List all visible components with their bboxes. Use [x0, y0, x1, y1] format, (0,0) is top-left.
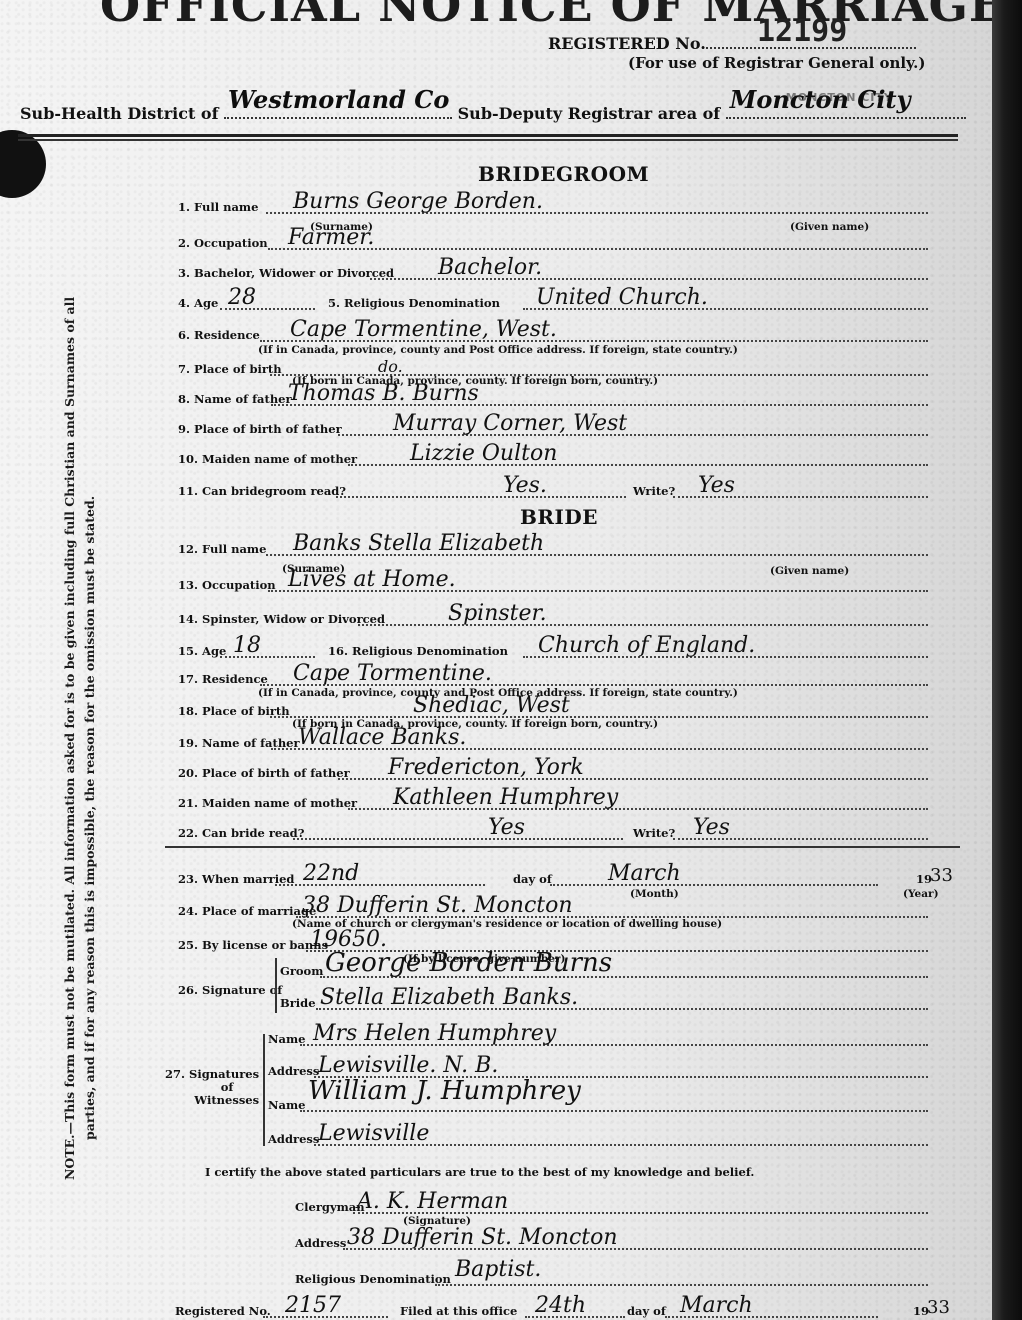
field-when-married: 23. When married 22nd day of March 19 33: [178, 862, 928, 888]
field-groom-literacy: 11. Can bridegroom read? Yes. Write? Yes: [178, 474, 928, 500]
groom-can-write: Yes: [698, 473, 735, 498]
scan-edge: [992, 0, 1022, 1320]
field-place-of-marriage: 24. Place of marriage 38 Dufferin St. Mo…: [178, 894, 928, 920]
field-groom-occupation: 2. Occupation Farmer.: [178, 226, 928, 252]
witness2-address: Lewisville: [318, 1121, 429, 1146]
sub-deputy-label: Sub-Deputy Registrar area of: [458, 104, 721, 123]
groom-full-name: Burns George Borden.: [293, 189, 543, 214]
bride-can-read: Yes: [488, 815, 525, 840]
field-bride-birthplace: 18. Place of birth Shediac, West: [178, 694, 928, 720]
witness-bracket: [263, 1034, 265, 1146]
field-clergyman-denomination: Religious Denomination Baptist.: [295, 1262, 928, 1288]
footer-registration: Registered No. 2157 Filed at this office…: [175, 1294, 928, 1320]
bride-religion: Church of England.: [538, 633, 755, 658]
field-groom-residence: 6. Residence Cape Tormentine, West.: [178, 318, 928, 344]
bride-can-write: Yes: [693, 815, 730, 840]
groom-religion: United Church.: [536, 285, 708, 310]
field-groom-father-birthplace: 9. Place of birth of father Murray Corne…: [178, 412, 928, 438]
registered-no-label: REGISTERED No.: [548, 33, 916, 53]
signature-bracket: [275, 958, 277, 1013]
witness1-address: Lewisville. N. B.: [318, 1053, 498, 1078]
field-groom-mother: 10. Maiden name of mother Lizzie Oulton: [178, 442, 928, 468]
bride-signature: Stella Elizabeth Banks.: [320, 985, 578, 1010]
registered-number: 12199: [757, 14, 847, 49]
bride-residence: Cape Tormentine.: [293, 661, 492, 686]
bride-divider: [165, 846, 960, 848]
field-groom-signature: Groom George Borden Burns: [280, 954, 928, 980]
filed-year: 33: [927, 1297, 950, 1318]
marriage-day: 22nd: [303, 861, 359, 886]
district-line: Sub-Health District of Westmorland Co Su…: [20, 103, 966, 123]
field-bride-occupation: 13. Occupation Lives at Home.: [178, 568, 928, 594]
field-bride-residence: 17. Residence Cape Tormentine.: [178, 662, 928, 688]
marriage-notice-page: OFFICIAL NOTICE OF MARRIAGE REGISTERED N…: [0, 0, 992, 1320]
certification-statement: I certify the above stated particulars a…: [205, 1165, 754, 1179]
field-bride-full-name: 12. Full name Banks Stella Elizabeth: [178, 532, 928, 558]
form-title: OFFICIAL NOTICE OF MARRIAGE: [100, 0, 1000, 32]
bride-heading: BRIDE: [520, 505, 598, 529]
bride-occupation: Lives at Home.: [288, 567, 456, 592]
witness1-name: Mrs Helen Humphrey: [313, 1021, 556, 1046]
field-groom-age-religion: 4. Age 28 5. Religious Denomination Unit…: [178, 286, 928, 312]
marriage-month: March: [608, 861, 681, 886]
sub-health-value: Westmorland Co: [228, 85, 449, 114]
groom-age: 28: [228, 285, 256, 310]
sub-health-field: Westmorland Co: [224, 103, 452, 119]
filed-day: 24th: [535, 1293, 586, 1318]
field-witness2-address: Address Lewisville: [268, 1122, 928, 1148]
bride-status: Spinster.: [448, 601, 547, 626]
groom-birthplace: do.: [378, 357, 403, 376]
bride-father-name: Wallace Banks.: [298, 725, 466, 750]
registrar-note: (For use of Registrar General only.): [628, 54, 925, 72]
sub-deputy-field: MONCTON CITY Moncton City: [726, 103, 966, 119]
field-bride-father-birthplace: 20. Place of birth of father Fredericton…: [178, 756, 928, 782]
field-bride-status: 14. Spinster, Widow or Divorced Spinster…: [178, 602, 928, 628]
groom-status: Bachelor.: [438, 255, 542, 280]
clergyman-denomination: Baptist.: [455, 1257, 541, 1282]
field-bride-father: 19. Name of father Wallace Banks.: [178, 726, 928, 752]
groom-father-birthplace: Murray Corner, West: [393, 411, 627, 436]
bride-mother-maiden-name: Kathleen Humphrey: [393, 785, 618, 810]
field-bride-age-religion: 15. Age 18 16. Religious Denomination Ch…: [178, 634, 928, 660]
sub-health-label: Sub-Health District of: [20, 104, 218, 123]
bride-father-birthplace: Fredericton, York: [388, 755, 584, 780]
field-witness2-name: Name William J. Humphrey: [268, 1088, 928, 1114]
groom-mother-maiden-name: Lizzie Oulton: [410, 441, 557, 466]
field-clergyman-address: Address 38 Dufferin St. Moncton: [295, 1226, 928, 1252]
field-bride-mother: 21. Maiden name of mother Kathleen Humph…: [178, 786, 928, 812]
groom-father-name: Thomas B. Burns: [288, 381, 479, 406]
groom-occupation: Farmer.: [288, 225, 374, 250]
groom-can-read: Yes.: [503, 473, 547, 498]
marriage-year: 33: [930, 865, 953, 886]
clergyman-signature: A. K. Herman: [357, 1189, 508, 1214]
field-bride-literacy: 22. Can bride read? Yes Write? Yes: [178, 816, 928, 842]
clergyman-address: 38 Dufferin St. Moncton: [347, 1225, 618, 1250]
bride-birthplace: Shediac, West: [413, 693, 570, 718]
field-clergyman: Clergyman A. K. Herman: [295, 1190, 928, 1216]
field-groom-full-name: 1. Full name Burns George Borden.: [178, 190, 928, 216]
header-divider-2: [18, 139, 958, 141]
bride-age: 18: [233, 633, 261, 658]
place-of-marriage: 38 Dufferin St. Moncton: [302, 893, 573, 918]
field-groom-father: 8. Name of father Thomas B. Burns: [178, 382, 928, 408]
side-note: NOTE.—This form must not be mutilated. A…: [60, 380, 100, 1180]
groom-residence: Cape Tormentine, West.: [290, 317, 557, 342]
footer-registered-number: 2157: [285, 1293, 341, 1318]
field-bride-signature: Bride Stella Elizabeth Banks.: [280, 986, 928, 1012]
witnesses-label: 27. Signatures of Witnesses: [165, 1068, 259, 1107]
field-groom-status: 3. Bachelor, Widower or Divorced Bachelo…: [178, 256, 928, 282]
header-divider: [18, 134, 958, 137]
signature-of-label: 26. Signature of: [178, 983, 282, 997]
field-witness1-name: Name Mrs Helen Humphrey: [268, 1022, 928, 1048]
bride-full-name: Banks Stella Elizabeth: [293, 531, 544, 556]
filed-month: March: [680, 1293, 753, 1318]
sub-deputy-value: Moncton City: [730, 85, 911, 114]
bridegroom-heading: BRIDEGROOM: [478, 162, 649, 186]
witness2-name: William J. Humphrey: [308, 1076, 581, 1106]
groom-signature: George Borden Burns: [325, 948, 612, 978]
